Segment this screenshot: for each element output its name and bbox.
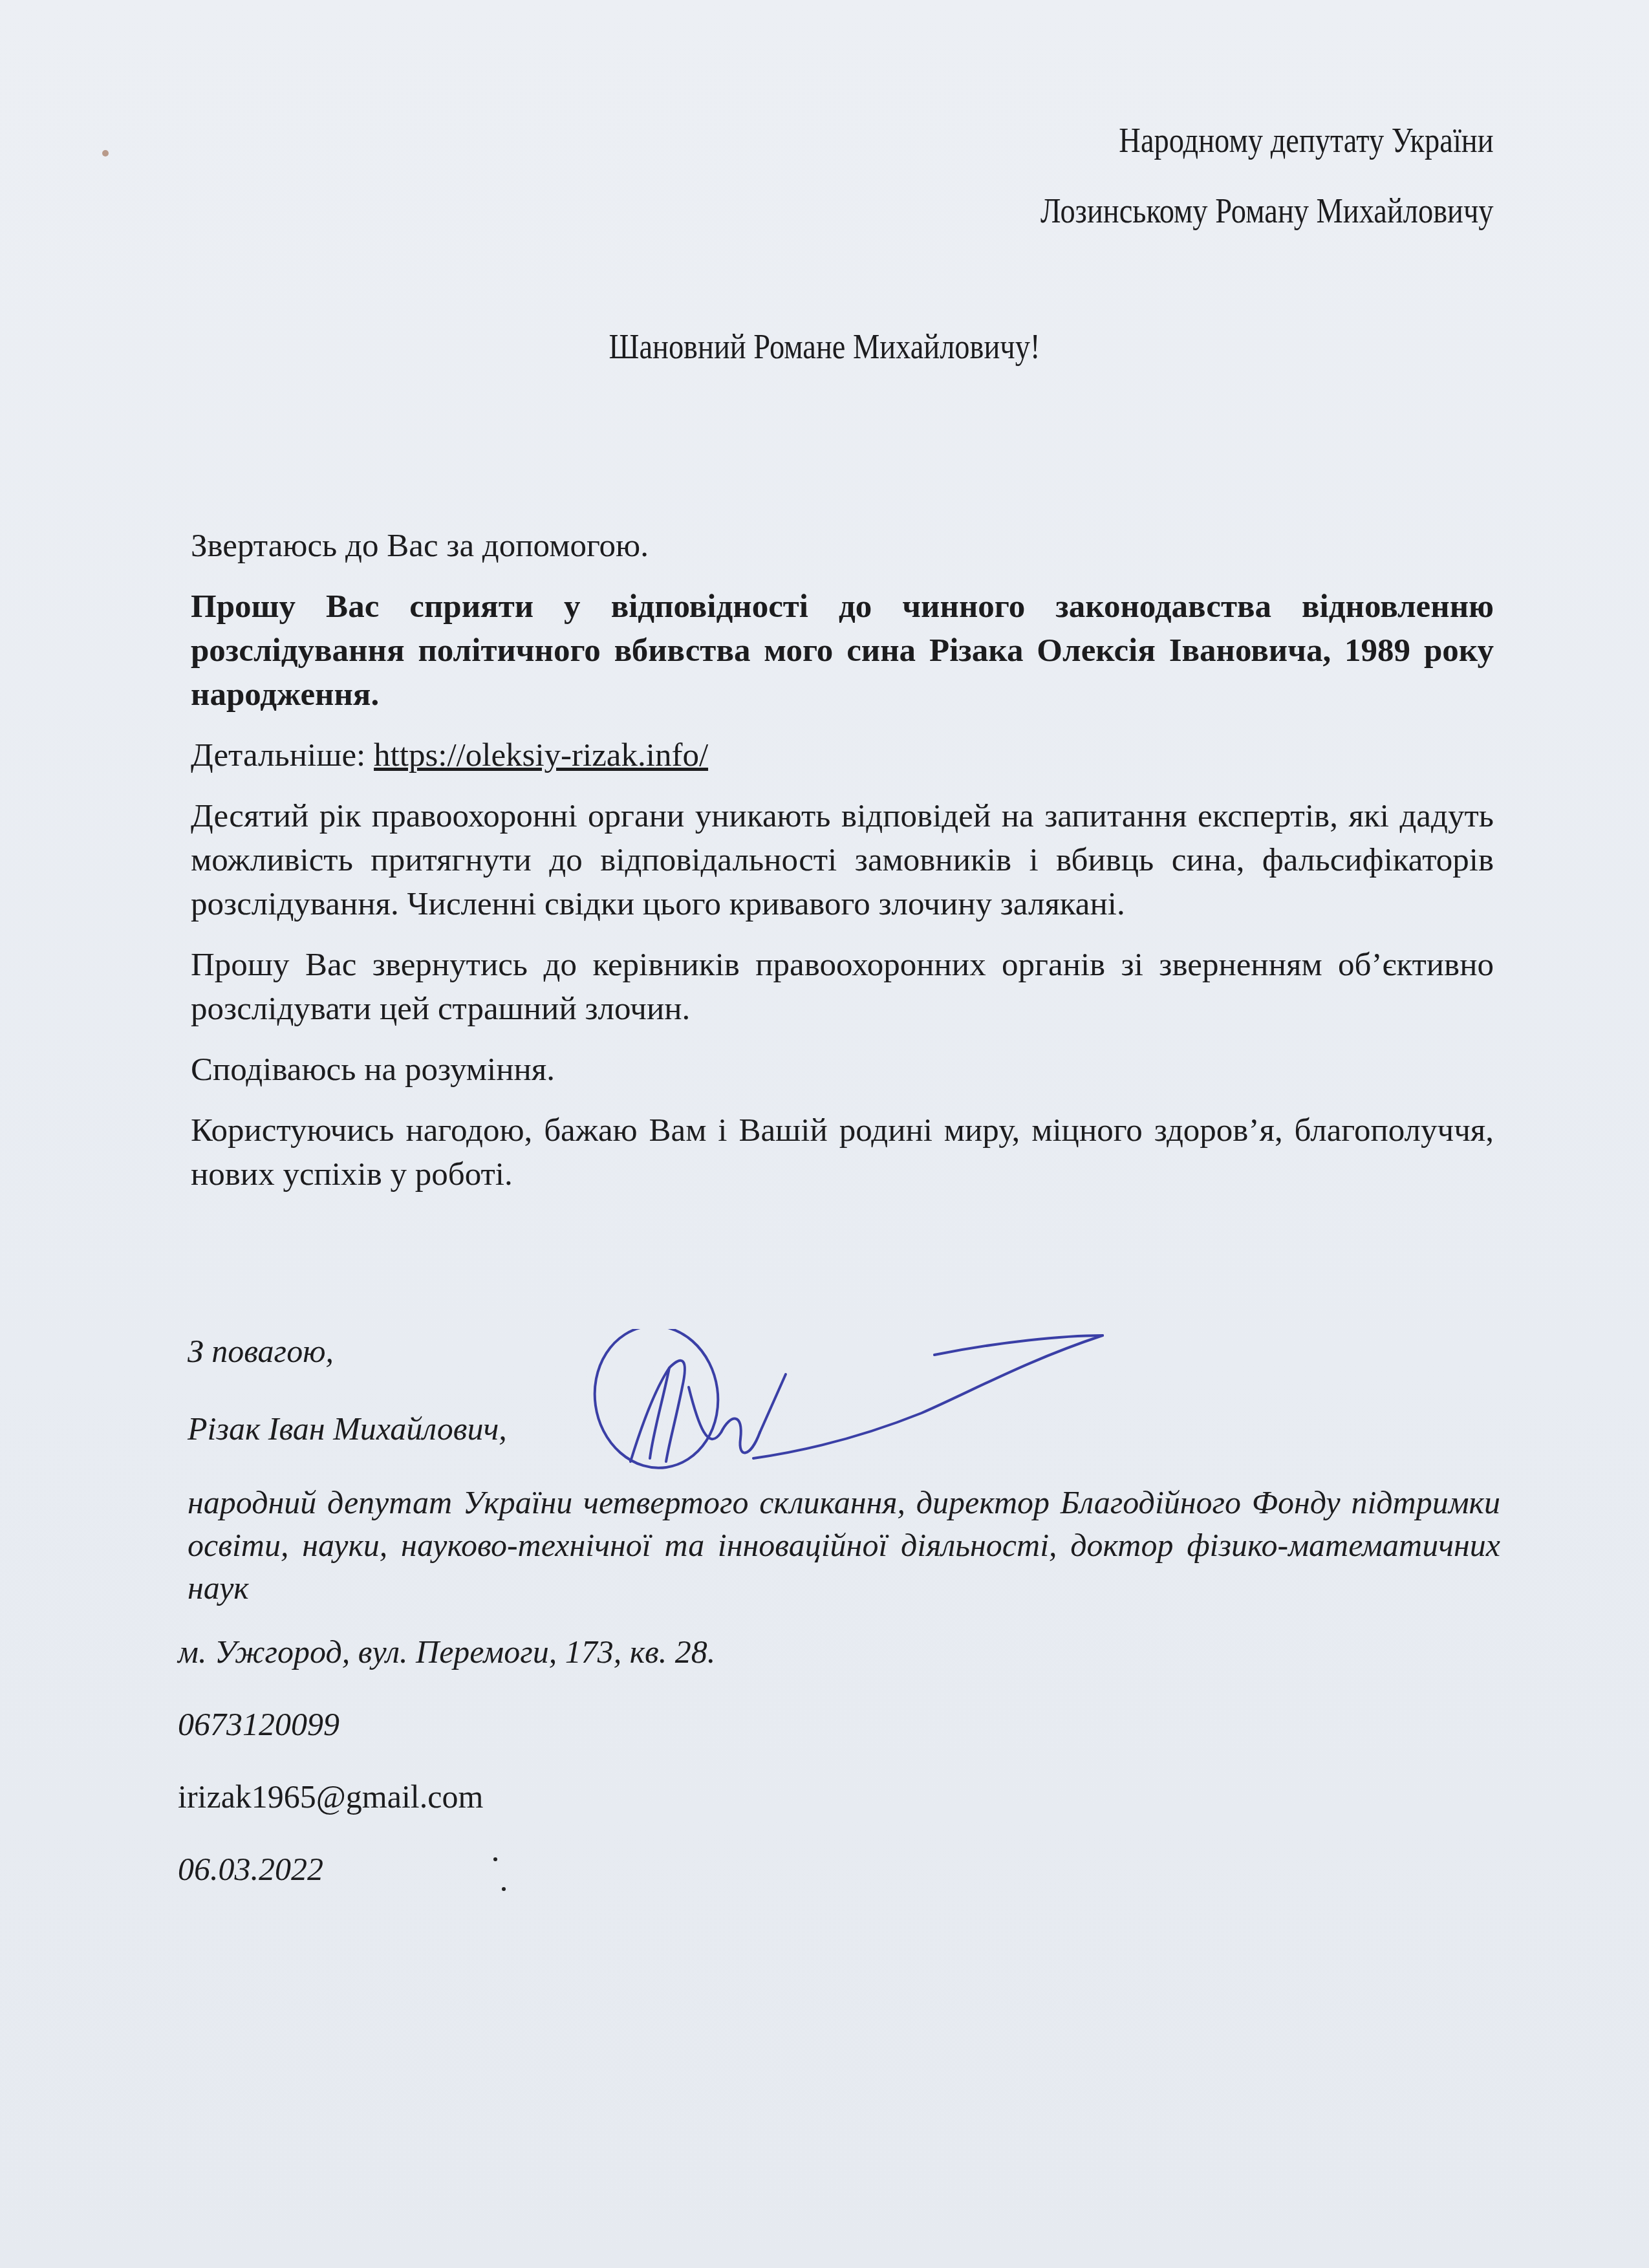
addressee-line-2: Лозинському Роману Михайловичу	[1040, 193, 1494, 228]
address: м. Ужгород, вул. Перемоги, 173, кв. 28.	[178, 1633, 715, 1705]
paragraph-ten-years: Десятий рік правоохоронні органи уникают…	[191, 794, 1494, 926]
signer-name: Різак Іван Михайлович,	[188, 1410, 507, 1447]
letter-page: Народному депутату України Лозинському Р…	[0, 0, 1649, 2268]
letter-body: Звертаюсь до Вас за допомогою. Прошу Вас…	[191, 524, 1494, 1213]
email: irizak1965@gmail.com	[178, 1778, 715, 1850]
speck-mark	[502, 1887, 506, 1891]
details-link[interactable]: https://oleksiy-rizak.info/	[374, 737, 708, 773]
paragraph-wishes: Користуючись нагодою, бажаю Вам і Вашій …	[191, 1108, 1494, 1196]
paragraph-main-request: Прошу Вас сприяти у відповідності до чин…	[191, 585, 1494, 717]
addressee-block: Народному депутату України Лозинському Р…	[967, 123, 1494, 264]
addressee-line-1: Народному депутату України	[1040, 123, 1494, 158]
handwritten-signature-icon	[585, 1329, 1115, 1478]
details-label: Детальніше:	[191, 737, 374, 773]
date: 06.03.2022	[178, 1850, 715, 1923]
contacts-block: м. Ужгород, вул. Перемоги, 173, кв. 28. …	[178, 1633, 715, 1923]
closing: З повагою,	[188, 1332, 334, 1370]
paragraph-appeal: Прошу Вас звернутись до керівників право…	[191, 943, 1494, 1031]
speck-mark	[102, 150, 109, 157]
speck-mark	[493, 1857, 497, 1861]
paragraph-hope: Сподіваюсь на розуміння.	[191, 1048, 1494, 1092]
signer-title: народний депутат України четвертого скли…	[188, 1481, 1500, 1609]
phone: 0673120099	[178, 1705, 715, 1778]
paragraph-request-help: Звертаюсь до Вас за допомогою.	[191, 524, 1494, 568]
salutation: Шановний Романе Михайловичу!	[116, 327, 1534, 367]
paragraph-details: Детальніше: https://oleksiy-rizak.info/	[191, 733, 1494, 777]
